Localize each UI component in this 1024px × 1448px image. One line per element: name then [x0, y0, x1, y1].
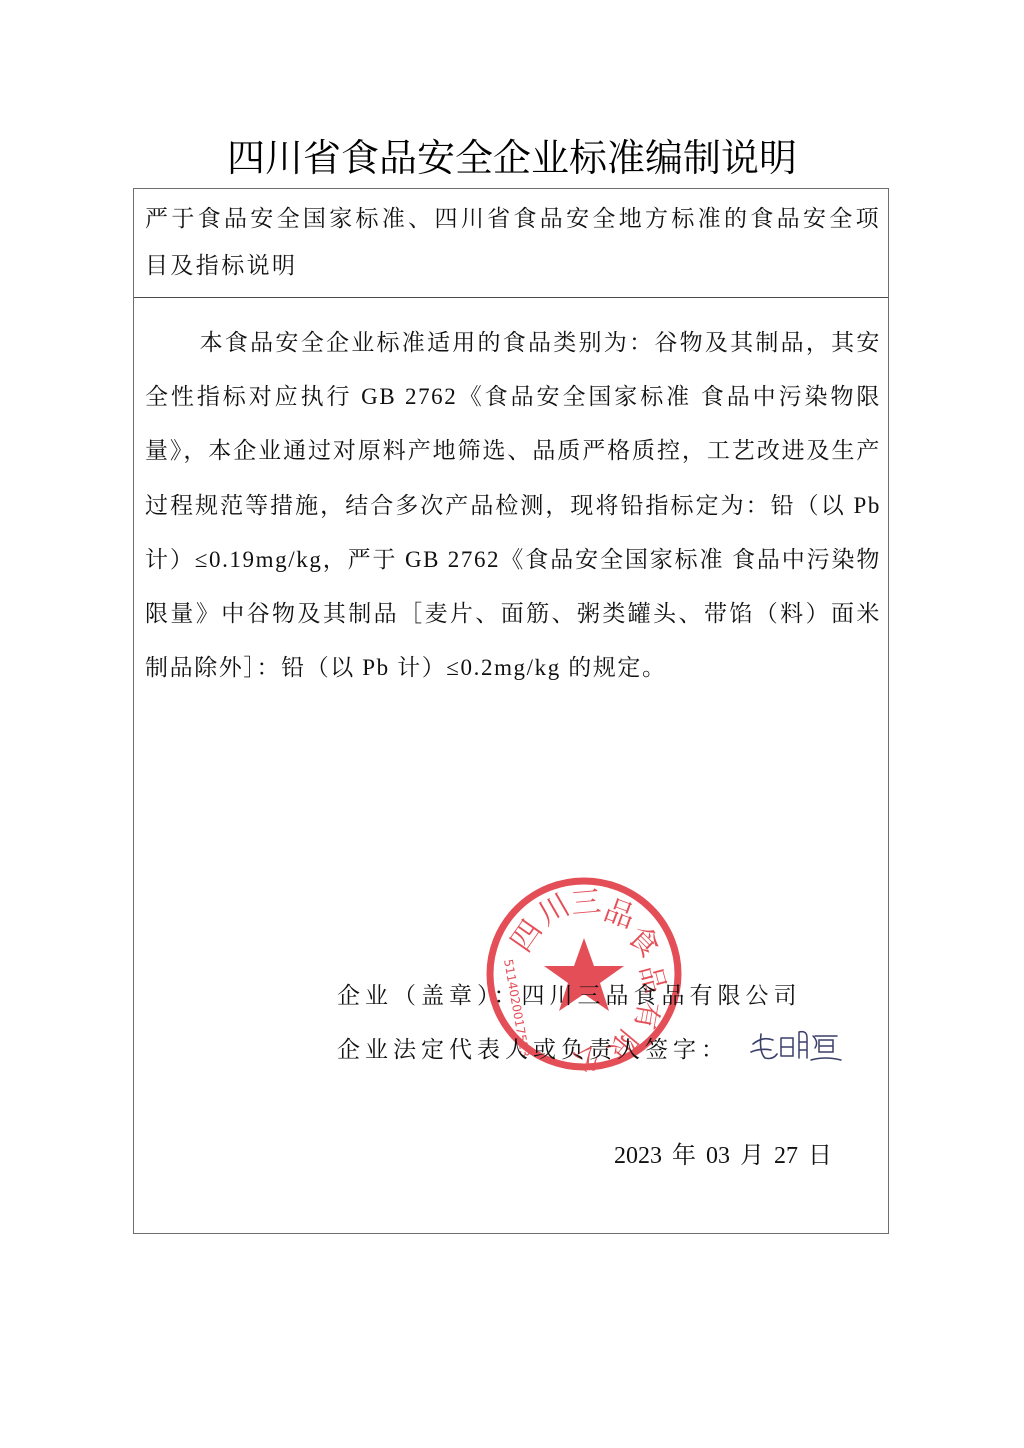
company-seal-label: 企业（盖章）： [337, 983, 522, 1008]
table-body-text: 本食品安全企业标准适用的食品类别为：谷物及其制品，其安全性指标对应执行 GB 2… [145, 316, 881, 695]
representative-label: 企业法定代表人或负责人签字： [337, 1037, 729, 1062]
table-header-text: 严于食品安全国家标准、四川省食品安全地方标准的食品安全项目及指标说明 [145, 196, 881, 290]
company-seal-line: 企业（盖章）：四川三品食品有限公司 [337, 976, 802, 1016]
table-header-row: 严于食品安全国家标准、四川省食品安全地方标准的食品安全项目及指标说明 [134, 189, 888, 298]
document-title: 四川省食品安全企业标准编制说明 [0, 128, 1024, 188]
representative-signature-line: 企业法定代表人或负责人签字： [337, 1030, 729, 1070]
company-name: 四川三品食品有限公司 [522, 983, 802, 1008]
explanation-table: 严于食品安全国家标准、四川省食品安全地方标准的食品安全项目及指标说明 本食品安全… [133, 188, 889, 1234]
table-body-row: 本食品安全企业标准适用的食品类别为：谷物及其制品，其安全性指标对应执行 GB 2… [134, 298, 888, 1233]
sign-date: 2023 年 03 月 27 日 [614, 1136, 832, 1176]
body-paragraph: 本食品安全企业标准适用的食品类别为：谷物及其制品，其安全性指标对应执行 GB 2… [145, 330, 881, 680]
